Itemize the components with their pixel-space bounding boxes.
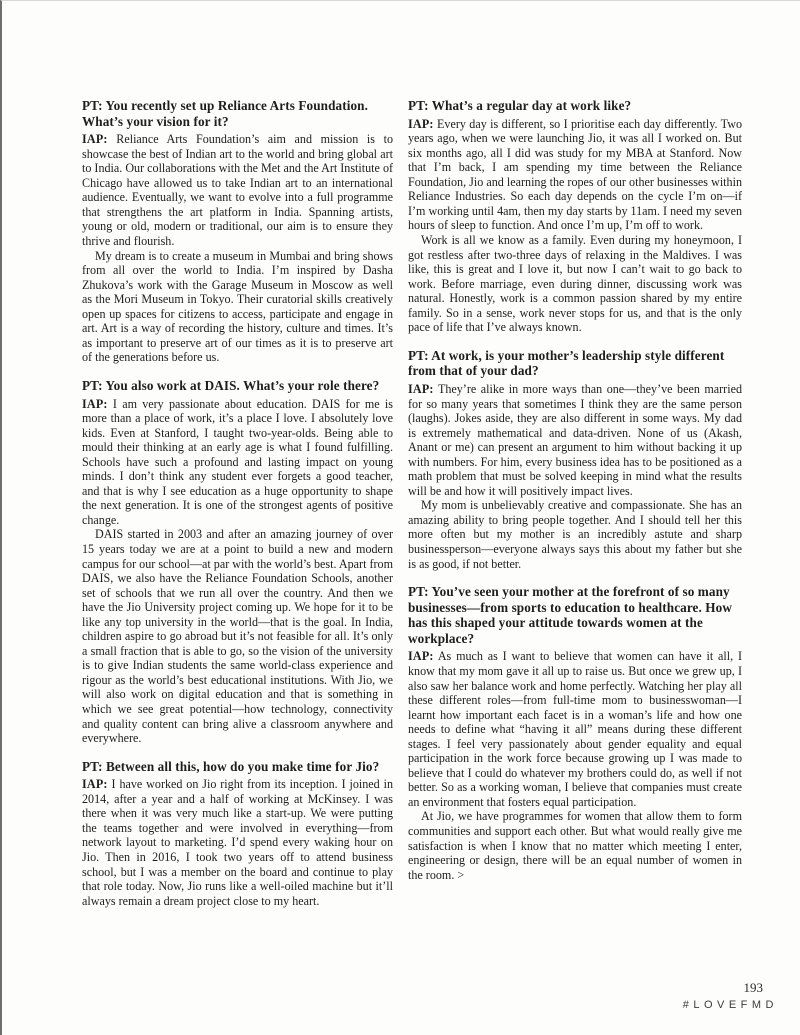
answer-label: IAP: — [408, 649, 434, 663]
question-heading: PT: You’ve seen your mother at the foref… — [408, 584, 742, 646]
question-heading: PT: At work, is your mother’s leadership… — [408, 348, 742, 379]
qa-section: PT: Between all this, how do you make ti… — [82, 759, 393, 909]
right-column: PT: What’s a regular day at work like? I… — [408, 98, 742, 908]
answer-paragraph: IAP: I have worked on Jio right from its… — [82, 777, 393, 908]
answer-paragraph: IAP: As much as I want to believe that w… — [408, 649, 742, 809]
answer-paragraph: IAP: Every day is different, so I priori… — [408, 117, 742, 233]
answer-text: Every day is different, so I prioritise … — [408, 117, 742, 233]
qa-section: PT: What’s a regular day at work like? I… — [408, 98, 742, 335]
answer-text: They’re alike in more ways than one—they… — [408, 382, 742, 498]
page-footer: 193 #LOVEFMD — [683, 980, 778, 1011]
magazine-page: PT: You recently set up Reliance Arts Fo… — [0, 0, 800, 1035]
answer-label: IAP: — [82, 397, 108, 411]
qa-section: PT: You also work at DAIS. What’s your r… — [82, 378, 393, 746]
answer-label: IAP: — [408, 382, 434, 396]
article-body: PT: You recently set up Reliance Arts Fo… — [82, 98, 742, 908]
answer-paragraph: DAIS started in 2003 and after an amazin… — [82, 527, 393, 745]
answer-paragraph: My dream is to create a museum in Mumbai… — [82, 249, 393, 365]
qa-section: PT: At work, is your mother’s leadership… — [408, 348, 742, 571]
question-heading: PT: Between all this, how do you make ti… — [82, 759, 393, 775]
watermark-text: #LOVEFMD — [683, 999, 778, 1011]
question-heading: PT: You recently set up Reliance Arts Fo… — [82, 98, 393, 129]
answer-paragraph: My mom is unbelievably creative and comp… — [408, 498, 742, 571]
qa-section: PT: You recently set up Reliance Arts Fo… — [82, 98, 393, 365]
page-number: 193 — [683, 980, 763, 995]
qa-section: PT: You’ve seen your mother at the foref… — [408, 584, 742, 882]
answer-label: IAP: — [82, 777, 108, 791]
answer-label: IAP: — [82, 132, 108, 146]
answer-text: I have worked on Jio right from its ince… — [82, 777, 393, 907]
answer-text: Reliance Arts Foundation’s aim and missi… — [82, 132, 393, 248]
answer-paragraph: IAP: They’re alike in more ways than one… — [408, 382, 742, 498]
left-column: PT: You recently set up Reliance Arts Fo… — [82, 98, 393, 908]
answer-paragraph: IAP: Reliance Arts Foundation’s aim and … — [82, 132, 393, 248]
answer-text: As much as I want to believe that women … — [408, 649, 742, 808]
question-heading: PT: You also work at DAIS. What’s your r… — [82, 378, 393, 394]
question-heading: PT: What’s a regular day at work like? — [408, 98, 742, 114]
answer-paragraph: IAP: I am very passionate about educatio… — [82, 397, 393, 528]
answer-text: I am very passionate about education. DA… — [82, 397, 393, 527]
answer-paragraph: At Jio, we have programmes for women tha… — [408, 809, 742, 882]
answer-label: IAP: — [408, 117, 434, 131]
answer-paragraph: Work is all we know as a family. Even du… — [408, 233, 742, 335]
